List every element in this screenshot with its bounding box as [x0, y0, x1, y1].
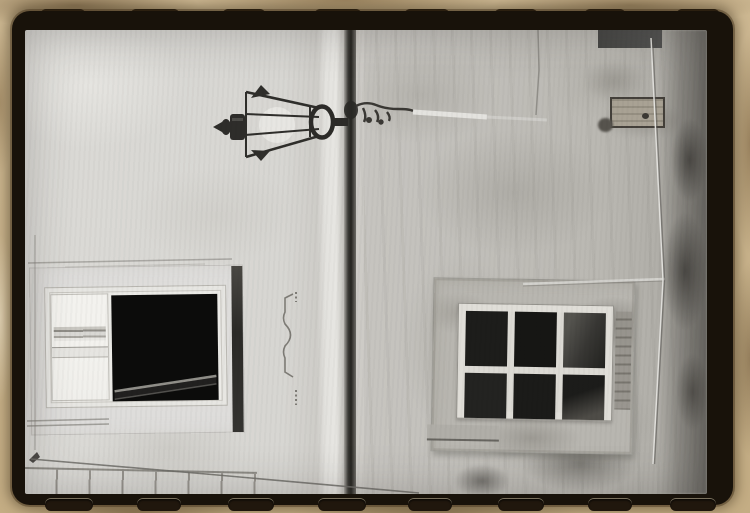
- film-rebate-frame: [12, 11, 733, 505]
- left-window-frame: [44, 285, 228, 409]
- plaster-corner-band: [317, 30, 345, 494]
- wooden-plaque: [610, 97, 665, 128]
- photograph-with-film-border: [0, 0, 750, 513]
- pipe-highlight-strip: [356, 30, 364, 494]
- window-pane: [513, 374, 556, 420]
- right-window-frame: [456, 303, 614, 422]
- sprocket-hole: [670, 499, 716, 511]
- gas-pipe: [345, 30, 356, 494]
- open-casement: [50, 293, 109, 401]
- shadowed-opening: [598, 30, 662, 48]
- window-pane: [465, 311, 508, 367]
- wall-stain-right-edge: [658, 30, 707, 494]
- photo-area: [25, 30, 707, 494]
- sprocket-hole: [45, 499, 93, 511]
- tile-course: [25, 467, 257, 494]
- window-pane: [562, 375, 605, 421]
- window-dark-opening: [111, 294, 218, 401]
- sprocket-hole: [228, 499, 274, 511]
- casement-reflection: [54, 326, 106, 341]
- plaque-stain: [598, 118, 613, 132]
- inner-sash: [111, 294, 218, 401]
- window-pane: [464, 373, 507, 419]
- window-pane: [514, 312, 557, 368]
- sprocket-hole: [498, 499, 544, 511]
- window-edge-board: [231, 266, 243, 432]
- casement-crossbar: [52, 346, 108, 358]
- exposed-brick-patch: [614, 311, 632, 409]
- window-sill-ledge: [427, 424, 499, 441]
- window-pane: [563, 313, 606, 369]
- sprocket-hole: [408, 499, 452, 511]
- sprocket-hole: [137, 499, 181, 511]
- right-window-glazing: [464, 311, 606, 413]
- plaque-knot: [642, 113, 649, 119]
- left-window-surround: [29, 265, 245, 436]
- sprocket-hole: [588, 499, 632, 511]
- sprocket-hole: [318, 499, 366, 511]
